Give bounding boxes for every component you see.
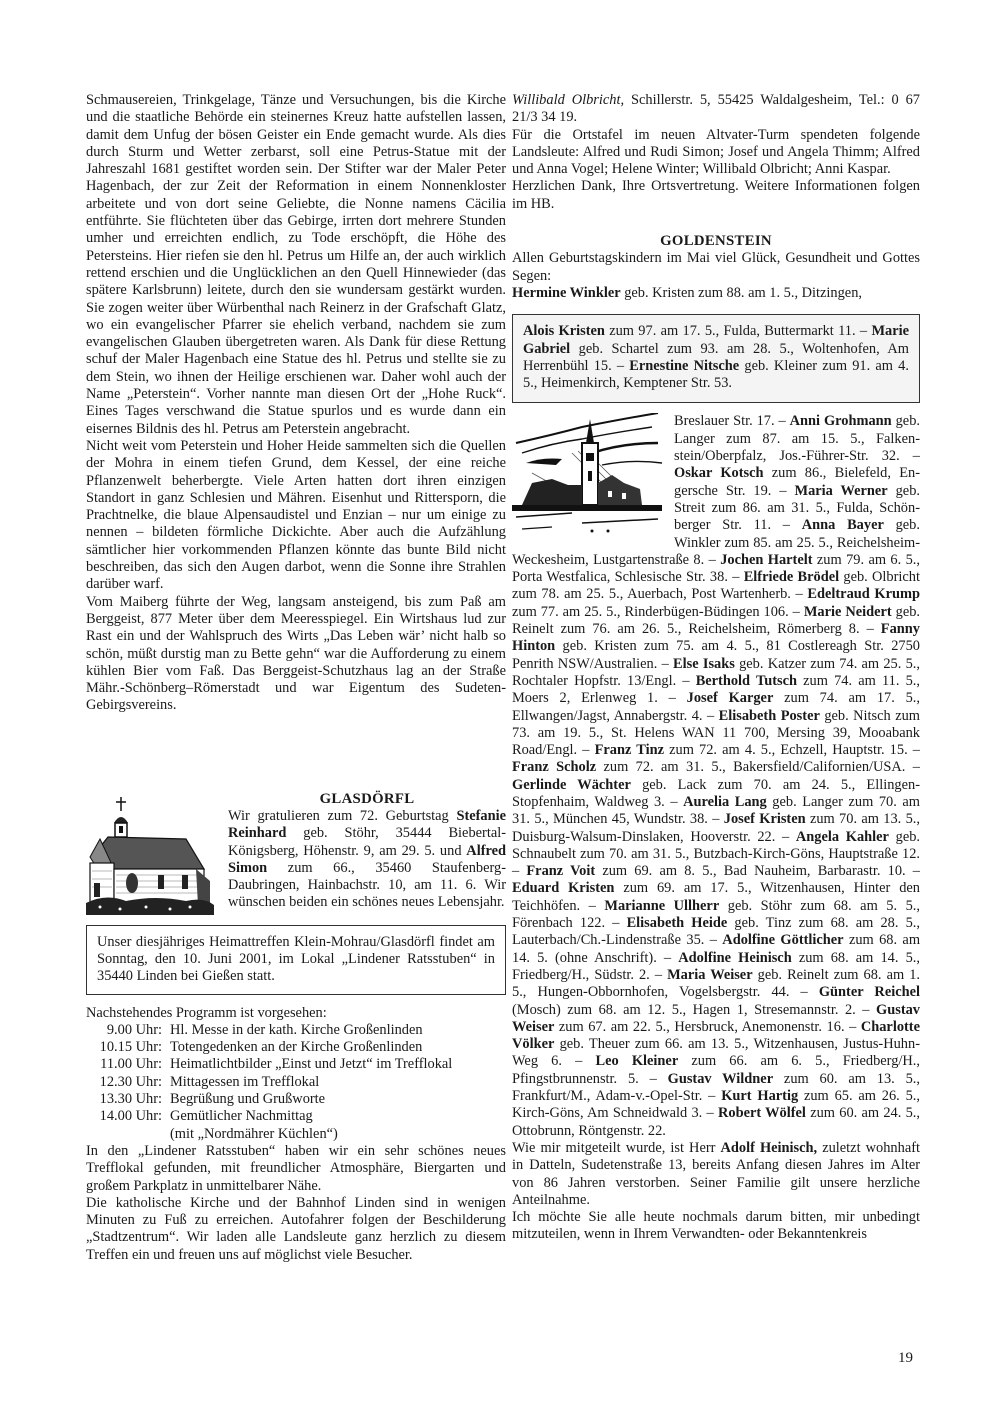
donation-paragraph: Für die Ortstafel im neuen Altvater-Turm… bbox=[512, 127, 920, 179]
contact-paragraph: Willibald Olbricht, Schillerstr. 5, 5542… bbox=[512, 92, 920, 127]
goldenstein-town-illustration bbox=[512, 413, 662, 535]
person-name: Franz Scholz bbox=[512, 759, 596, 775]
contact-name: Willibald Olbricht, bbox=[512, 92, 624, 108]
obituary-paragraph: Wie mir mitgeteilt wurde, ist Herr Adolf… bbox=[512, 1140, 920, 1209]
meeting-announcement: Unser diesjähriges Heimattreffen Klein-M… bbox=[97, 934, 495, 986]
person-name: Adolfine Heinisch bbox=[678, 950, 791, 966]
person-name: Franz Voit bbox=[526, 863, 595, 879]
person-name: Elisa­beth Heide bbox=[627, 915, 728, 931]
program-row: 10.15 Uhr:Totengedenken an der Kirche Gr… bbox=[86, 1039, 506, 1056]
program-row: 12.30 Uhr:Mittagessen im Trefflokal bbox=[86, 1074, 506, 1091]
thanks-paragraph: Herzlichen Dank, Ihre Ortsvertretung. We… bbox=[512, 178, 920, 213]
person-name: Hermine Winkler bbox=[512, 285, 621, 301]
entry-text: zum 72. am 4. 5., Echzell, Hauptstr. 15.… bbox=[664, 742, 920, 758]
entry-text: zum 69. am 8. 5., Bad Nauheim, Barbarast… bbox=[595, 863, 920, 879]
entry-text: zum 77. am 25. 5., Rinderbügen-Büdingen … bbox=[512, 604, 804, 620]
program-item: Hl. Messe in der kath. Kirche Großenlind… bbox=[170, 1022, 506, 1039]
entry-text: zum 67. am 22. 5., Hersbruck, Anemonenst… bbox=[554, 1019, 860, 1035]
person-name: Berthold Tutsch bbox=[696, 673, 797, 689]
program-time: 10.15 Uhr: bbox=[86, 1039, 170, 1056]
entry-text: geb. Kristen zum 88. am 1. 5., Ditzingen… bbox=[621, 285, 862, 301]
closing-request-paragraph: Ich möchte Sie alle heute nochmals darum… bbox=[512, 1209, 920, 1244]
program-intro: Nachstehendes Programm ist vorgesehen: bbox=[86, 1005, 506, 1022]
chapel-icon bbox=[86, 797, 218, 915]
program-item: Begrüßung und Grußworte bbox=[170, 1091, 506, 1108]
article-paragraph: Nicht weit vom Peterstein und Hoher Heid… bbox=[86, 438, 506, 594]
closing-paragraph: In den „Lindener Ratsstuben“ haben wir e… bbox=[86, 1143, 506, 1195]
program-row: 14.00 Uhr:Gemütlicher Nachmittag bbox=[86, 1108, 506, 1125]
person-name: Maria Weiser bbox=[667, 967, 753, 983]
person-name: Kurt Hartig bbox=[721, 1088, 798, 1104]
person-name: Elfriede Brödel bbox=[744, 569, 839, 585]
program-row: 13.30 Uhr:Begrüßung und Grußworte bbox=[86, 1091, 506, 1108]
article-paragraph: Vom Maiberg führte der Weg, langsam anst… bbox=[86, 594, 506, 715]
entry-text: Wie mir mitgeteilt wurde, ist Herr bbox=[512, 1140, 721, 1156]
person-name: Gustav Wildner bbox=[668, 1071, 773, 1087]
person-name: Edeltraud Krump bbox=[807, 586, 920, 602]
person-name: Anni Grohmann bbox=[790, 413, 892, 429]
page-number: 19 bbox=[898, 1350, 913, 1367]
person-name: Adolfine Göttlicher bbox=[722, 932, 843, 948]
program-row: (mit „Nordmährer Küchlen“) bbox=[86, 1126, 506, 1143]
person-name: Gerlinde Wächter bbox=[512, 777, 631, 793]
person-name: Robert Wölfel bbox=[718, 1105, 806, 1121]
left-column: Schmausereien, Trinkgelage, Tänze und Ve… bbox=[86, 92, 506, 1264]
program-time: 12.30 Uhr: bbox=[86, 1074, 170, 1091]
highlight-entries: Alois Kristen zum 97. am 17. 5., Fulda, … bbox=[523, 323, 909, 392]
goldenstein-highlight-box: Alois Kristen zum 97. am 17. 5., Fulda, … bbox=[512, 314, 920, 403]
entry-text: zum 97. am 17. 5., Fulda, Buttermarkt 11… bbox=[605, 323, 872, 339]
program-item: Gemütlicher Nachmittag bbox=[170, 1108, 506, 1125]
program-row: 9.00 Uhr:Hl. Messe in der kath. Kirche G… bbox=[86, 1022, 506, 1039]
person-name: Ernestine Nitsche bbox=[629, 358, 739, 374]
person-name: Marian­ne Ullherr bbox=[604, 898, 719, 914]
goldenstein-entries: Breslauer Str. 17. – Anni Grohmann geb. … bbox=[512, 413, 920, 1139]
chapel-illustration bbox=[86, 797, 218, 915]
person-name: Else Isaks bbox=[673, 656, 735, 672]
right-column: Willibald Olbricht, Schillerstr. 5, 5542… bbox=[512, 92, 920, 1244]
person-name: Maria Werner bbox=[794, 483, 887, 499]
entry-text: Breslauer Str. 17. – bbox=[674, 413, 790, 429]
program-time: 13.30 Uhr: bbox=[86, 1091, 170, 1108]
person-name: Josef Karger bbox=[687, 690, 774, 706]
program-time: 11.00 Uhr: bbox=[86, 1056, 170, 1073]
person-name: Aurelia Lang bbox=[683, 794, 767, 810]
person-name: Adolf Heinisch, bbox=[721, 1140, 818, 1156]
person-name: Oskar Kotsch bbox=[674, 465, 764, 481]
text: zum 66., 35460 Staufen­berg-Daubringen, … bbox=[228, 860, 506, 911]
person-name: Marie Neidert bbox=[804, 604, 892, 620]
person-name: Alois Kristen bbox=[523, 323, 605, 339]
program-time: 9.00 Uhr: bbox=[86, 1022, 170, 1039]
text: Wir gratulieren zum 72. Geburtstag bbox=[228, 808, 456, 824]
closing-paragraph: Die katholische Kirche und der Bahnhof L… bbox=[86, 1195, 506, 1264]
person-name: Leo Kleiner bbox=[596, 1053, 679, 1069]
meeting-announcement-box: Unser diesjähriges Heimattreffen Klein-M… bbox=[86, 925, 506, 995]
program-item: Mittagessen im Trefflokal bbox=[170, 1074, 506, 1091]
birthday-entry: Hermine Winkler geb. Kristen zum 88. am … bbox=[512, 285, 920, 302]
entry-text: (Mosch) zum 68. am 12. 5., Hagen 1, Stre… bbox=[512, 1002, 876, 1018]
entry-text: zum 72. am 31. 5., Bakersfield/Ca­liforn… bbox=[596, 759, 920, 775]
program-time: 14.00 Uhr: bbox=[86, 1108, 170, 1125]
town-landscape-icon bbox=[512, 413, 662, 535]
program-row: 11.00 Uhr:Heimatlichtbilder „Einst und J… bbox=[86, 1056, 506, 1073]
article-paragraph: Schmausereien, Trinkgelage, Tänze und Ve… bbox=[86, 92, 506, 438]
person-name: Eduard Kristen bbox=[512, 880, 614, 896]
person-name: Josef Kristen bbox=[724, 811, 806, 827]
person-name: Günter Reichel bbox=[819, 984, 920, 1000]
person-name: Franz Tinz bbox=[595, 742, 664, 758]
program-item: Totengedenken an der Kirche Großenlinden bbox=[170, 1039, 506, 1056]
person-name: Angela Kahler bbox=[796, 829, 889, 845]
person-name: Jochen Hartelt bbox=[720, 552, 812, 568]
glasdoerfl-section: GLASDÖRFL Wir gratulieren zum 72. Geburt… bbox=[86, 787, 506, 915]
program-item: (mit „Nordmährer Küchlen“) bbox=[170, 1126, 506, 1143]
program-table: 9.00 Uhr:Hl. Messe in der kath. Kirche G… bbox=[86, 1022, 506, 1143]
person-name: Elisabeth Poster bbox=[719, 708, 820, 724]
section-heading-goldenstein: GOLDENSTEIN bbox=[512, 233, 920, 250]
person-name: Anna Bayer bbox=[802, 517, 884, 533]
program-time bbox=[86, 1126, 170, 1143]
goldenstein-intro: Allen Geburtstagskindern im Mai viel Glü… bbox=[512, 250, 920, 285]
program-item: Heimatlichtbilder „Einst und Jetzt“ im T… bbox=[170, 1056, 506, 1073]
